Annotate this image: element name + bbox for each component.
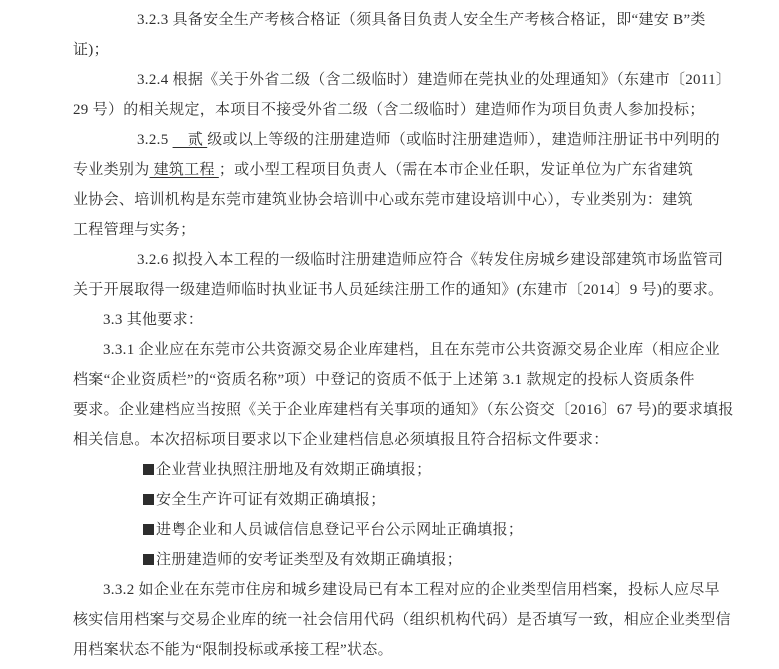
- document-line: 工程管理与实务；: [73, 215, 707, 245]
- document-line: 安全生产许可证有效期正确填报；: [73, 485, 707, 515]
- document-line: 进粤企业和人员诚信信息登记平台公示网址正确填报；: [73, 515, 707, 545]
- text-run: 29 号）的相关规定，本项目不接受外省二级（含二级临时）建造师作为项目负责人参加…: [73, 102, 705, 118]
- text-run: 工程管理与实务；: [73, 222, 195, 238]
- document-line: 3.2.6 拟投入本工程的一级临时注册建造师应符合《转发住房城乡建设部建筑市场监…: [73, 245, 707, 275]
- text-run: 用档案状态不能为“限制投标或承接工程”状态。: [73, 642, 393, 658]
- text-run: 进粤企业和人员诚信信息登记平台公示网址正确填报；: [156, 522, 523, 538]
- document-line: 证)；: [73, 35, 707, 65]
- text-run: 注册建造师的安考证类型及有效期正确填报；: [156, 552, 462, 568]
- text-run: 企业营业执照注册地及有效期正确填报；: [156, 462, 431, 478]
- document-line: 3.3.2 如企业在东莞市住房和城乡建设局已有本工程对应的企业类型信用档案，投标…: [73, 575, 707, 605]
- text-run: 专业类别为: [73, 162, 150, 178]
- document-line: 相关信息。本次招标项目要求以下企业建档信息必须填报且符合招标文件要求：: [73, 425, 707, 455]
- underlined-text: 贰: [173, 132, 208, 148]
- document-page: 3.2.3 具备安全生产考核合格证（须具备目负责人安全生产考核合格证，即“建安 …: [0, 0, 779, 669]
- bullet-square-icon: [143, 554, 154, 565]
- text-run: 档案“企业资质栏”的“资质名称”项）中登记的资质不低于上述第 3.1 款规定的投…: [73, 372, 695, 388]
- text-run: 证)；: [73, 42, 109, 58]
- text-run: 业协会、培训机构是东莞市建筑业协会培训中心或东莞市建设培训中心），专业类别为：建…: [73, 192, 693, 208]
- document-line: 关于开展取得一级建造师临时执业证书人员延续注册工作的通知》(东建市〔2014〕9…: [73, 275, 707, 305]
- bullet-square-icon: [143, 464, 154, 475]
- document-line: 29 号）的相关规定，本项目不接受外省二级（含二级临时）建造师作为项目负责人参加…: [73, 95, 707, 125]
- text-run: 级或以上等级的注册建造师（或临时注册建造师），建造师注册证书中列明的: [207, 132, 720, 148]
- bullet-square-icon: [143, 524, 154, 535]
- text-run: 安全生产许可证有效期正确填报；: [156, 492, 386, 508]
- document-line: 业协会、培训机构是东莞市建筑业协会培训中心或东莞市建设培训中心），专业类别为：建…: [73, 185, 707, 215]
- document-line: 注册建造师的安考证类型及有效期正确填报；: [73, 545, 707, 575]
- text-run: 3.3.1 企业应在东莞市公共资源交易企业库建档，且在东莞市公共资源交易企业库（…: [103, 342, 720, 358]
- document-line: 核实信用档案与交易企业库的统一社会信用代码（组织机构代码）是否填写一致，相应企业…: [73, 605, 707, 635]
- text-run: 相关信息。本次招标项目要求以下企业建档信息必须填报且符合招标文件要求：: [73, 432, 609, 448]
- document-line: 要求。企业建档应当按照《关于企业库建档有关事项的通知》（东公资交〔2016〕67…: [73, 395, 707, 425]
- text-run: ；或小型工程项目负责人（需在本市企业任职，发证单位为广东省建筑: [219, 162, 693, 178]
- document-line: 3.2.3 具备安全生产考核合格证（须具备目负责人安全生产考核合格证，即“建安 …: [73, 5, 707, 35]
- document-line: 3.2.4 根据《关于外省二级（含二级临时）建造师在莞执业的处理通知》（东建市〔…: [73, 65, 707, 95]
- text-run: 3.2.3 具备安全生产考核合格证（须具备目负责人安全生产考核合格证，即“建安 …: [137, 12, 706, 28]
- document-line: 企业营业执照注册地及有效期正确填报；: [73, 455, 707, 485]
- bullet-square-icon: [143, 494, 154, 505]
- document-line: 3.2.5 贰 级或以上等级的注册建造师（或临时注册建造师），建造师注册证书中列…: [73, 125, 707, 155]
- document-body: 3.2.3 具备安全生产考核合格证（须具备目负责人安全生产考核合格证，即“建安 …: [73, 5, 707, 665]
- document-line: 3.3 其他要求：: [73, 305, 707, 335]
- underlined-text: 建筑工程: [150, 162, 219, 178]
- document-line: 专业类别为 建筑工程 ；或小型工程项目负责人（需在本市企业任职，发证单位为广东省…: [73, 155, 707, 185]
- text-run: 3.3.2 如企业在东莞市住房和城乡建设局已有本工程对应的企业类型信用档案，投标…: [103, 582, 720, 598]
- text-run: 关于开展取得一级建造师临时执业证书人员延续注册工作的通知》(东建市〔2014〕9…: [73, 282, 723, 298]
- document-line: 3.3.1 企业应在东莞市公共资源交易企业库建档，且在东莞市公共资源交易企业库（…: [73, 335, 707, 365]
- text-run: 要求。企业建档应当按照《关于企业库建档有关事项的通知》（东公资交〔2016〕67…: [73, 402, 734, 418]
- text-run: 3.2.4 根据《关于外省二级（含二级临时）建造师在莞执业的处理通知》（东建市〔…: [137, 72, 731, 88]
- document-line: 用档案状态不能为“限制投标或承接工程”状态。: [73, 635, 707, 665]
- text-run: 3.2.6 拟投入本工程的一级临时注册建造师应符合《转发住房城乡建设部建筑市场监…: [137, 252, 723, 268]
- text-run: 3.3 其他要求：: [103, 312, 203, 328]
- text-run: 核实信用档案与交易企业库的统一社会信用代码（组织机构代码）是否填写一致，相应企业…: [73, 612, 731, 628]
- text-run: 3.2.5: [137, 132, 173, 148]
- document-line: 档案“企业资质栏”的“资质名称”项）中登记的资质不低于上述第 3.1 款规定的投…: [73, 365, 707, 395]
